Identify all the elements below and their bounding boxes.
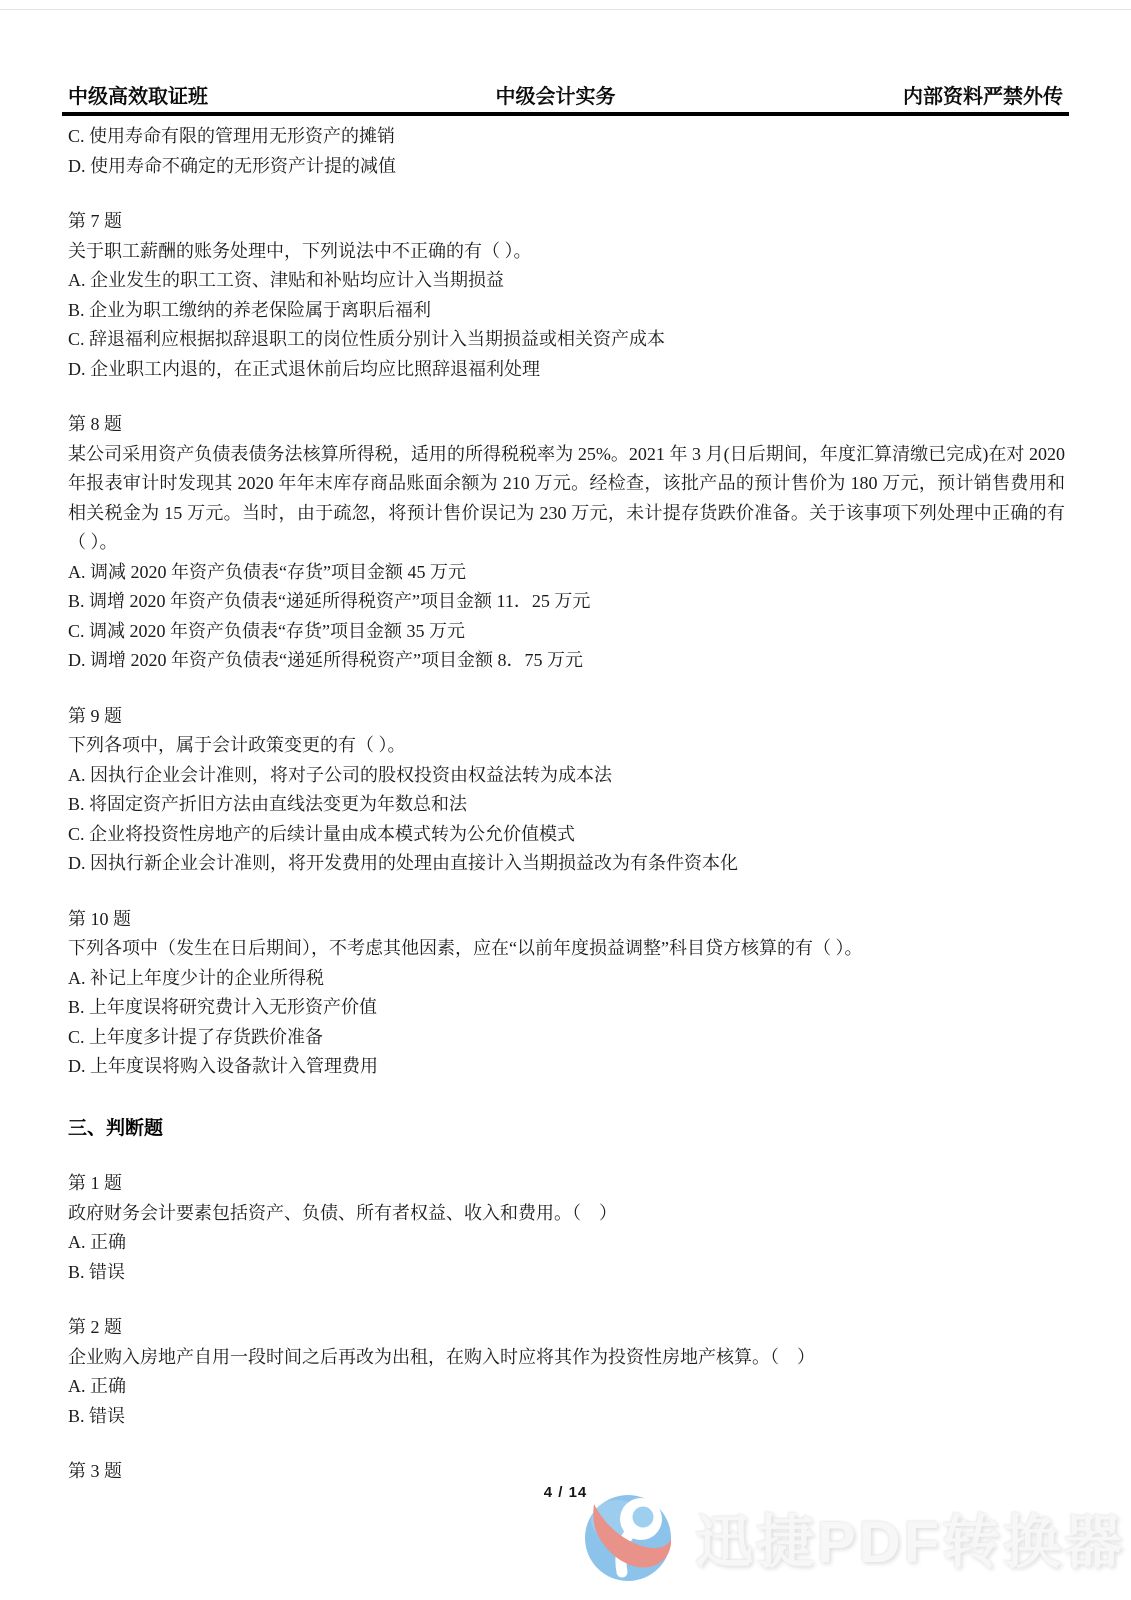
question-number: 第 2 题 — [68, 1313, 1065, 1343]
answer-option: D. 上年度误将购入设备款计入管理费用 — [68, 1052, 1065, 1082]
answer-option: A. 正确 — [68, 1372, 1065, 1402]
answer-option: B. 上年度误将研究费计入无形资产价值 — [68, 993, 1065, 1023]
answer-option: D. 企业职工内退的，在正式退休前后均应比照辞退福利处理 — [68, 355, 1065, 385]
answer-option: D. 因执行新企业会计准则，将开发费用的处理由直接计入当期损益改为有条件资本化 — [68, 849, 1065, 879]
question-block: 第 10 题下列各项中（发生在日后期间），不考虑其他因素，应在“以前年度损益调整… — [68, 905, 1065, 1082]
question-number: 第 8 题 — [68, 410, 1065, 440]
question-stem: 下列各项中（发生在日后期间），不考虑其他因素，应在“以前年度损益调整”科目贷方核… — [68, 934, 1065, 964]
question-number: 第 1 题 — [68, 1169, 1065, 1199]
header-rule — [62, 112, 1069, 116]
document-page: 中级高效取证班 中级会计实务 内部资料严禁外传 C. 使用寿命有限的管理用无形资… — [0, 0, 1131, 1600]
question-block: 第 7 题关于职工薪酬的账务处理中，下列说法中不正确的有（ ）。A. 企业发生的… — [68, 207, 1065, 384]
answer-option: B. 将固定资产折旧方法由直线法变更为年数总和法 — [68, 790, 1065, 820]
answer-option: A. 企业发生的职工工资、津贴和补贴均应计入当期损益 — [68, 266, 1065, 296]
answer-option: B. 错误 — [68, 1258, 1065, 1288]
answer-option: A. 补记上年度少计的企业所得税 — [68, 964, 1065, 994]
question-number: 第 9 题 — [68, 702, 1065, 732]
answer-option: A. 调减 2020 年资产负债表“存货”项目金额 45 万元 — [68, 558, 1065, 588]
answer-option: C. 上年度多计提了存货跌价准备 — [68, 1023, 1065, 1053]
options-continuation-block: C. 使用寿命有限的管理用无形资产的摊销D. 使用寿命不确定的无形资产计提的减值 — [68, 122, 1065, 181]
header-course-name: 中级高效取证班 — [68, 80, 208, 109]
answer-option: D. 调增 2020 年资产负债表“递延所得税资产”项目金额 8．75 万元 — [68, 646, 1065, 676]
question-number: 第 3 题 — [68, 1457, 1065, 1487]
question-block: 第 9 题下列各项中，属于会计政策变更的有（ ）。A. 因执行企业会计准则，将对… — [68, 702, 1065, 879]
answer-option: A. 正确 — [68, 1228, 1065, 1258]
question-stem: 某公司采用资产负债表债务法核算所得税，适用的所得税税率为 25%。2021 年 … — [68, 440, 1065, 558]
answer-option: B. 企业为职工缴纳的养老保险属于离职后福利 — [68, 296, 1065, 326]
section-heading-block: 三、判断题 — [68, 1114, 1065, 1144]
question-block: 第 2 题企业购入房地产自用一段时间之后再改为出租，在购入时应将其作为投资性房地… — [68, 1313, 1065, 1431]
header-confidential-notice: 内部资料严禁外传 — [903, 80, 1063, 109]
answer-option: C. 调减 2020 年资产负债表“存货”项目金额 35 万元 — [68, 617, 1065, 647]
page-number: 4 / 14 — [0, 1484, 1131, 1501]
pdf-converter-logo-icon — [583, 1492, 673, 1582]
content: C. 使用寿命有限的管理用无形资产的摊销D. 使用寿命不确定的无形资产计提的减值… — [68, 122, 1065, 1487]
answer-option: C. 企业将投资性房地产的后续计量由成本模式转为公允价值模式 — [68, 820, 1065, 850]
question-number: 第 7 题 — [68, 207, 1065, 237]
answer-option: B. 调增 2020 年资产负债表“递延所得税资产”项目金额 11．25 万元 — [68, 587, 1065, 617]
answer-option: C. 辞退福利应根据拟辞退职工的岗位性质分别计入当期损益或相关资产成本 — [68, 325, 1065, 355]
page-header: 中级高效取证班 中级会计实务 内部资料严禁外传 — [68, 80, 1063, 109]
section-title: 三、判断题 — [68, 1114, 1065, 1144]
question-stem: 下列各项中，属于会计政策变更的有（ ）。 — [68, 731, 1065, 761]
question-stem: 企业购入房地产自用一段时间之后再改为出租，在购入时应将其作为投资性房地产核算。（… — [68, 1343, 1065, 1373]
header-subject-title: 中级会计实务 — [496, 80, 616, 109]
question-block: 第 8 题某公司采用资产负债表债务法核算所得税，适用的所得税税率为 25%。20… — [68, 410, 1065, 676]
question-stem: 政府财务会计要素包括资产、负债、所有者权益、收入和费用。（ ） — [68, 1199, 1065, 1229]
answer-option: B. 错误 — [68, 1402, 1065, 1432]
question-stem: 关于职工薪酬的账务处理中，下列说法中不正确的有（ ）。 — [68, 237, 1065, 267]
question-block: 第 3 题 — [68, 1457, 1065, 1487]
page-top-divider — [0, 9, 1131, 10]
watermark-text: 迅捷PDF转换器 — [695, 1495, 1125, 1579]
watermark: 迅捷PDF转换器 — [583, 1492, 1125, 1582]
answer-option: A. 因执行企业会计准则，将对子公司的股权投资由权益法转为成本法 — [68, 761, 1065, 791]
answer-option: D. 使用寿命不确定的无形资产计提的减值 — [68, 152, 1065, 182]
answer-option: C. 使用寿命有限的管理用无形资产的摊销 — [68, 122, 1065, 152]
question-number: 第 10 题 — [68, 905, 1065, 935]
question-block: 第 1 题政府财务会计要素包括资产、负债、所有者权益、收入和费用。（ ）A. 正… — [68, 1169, 1065, 1287]
